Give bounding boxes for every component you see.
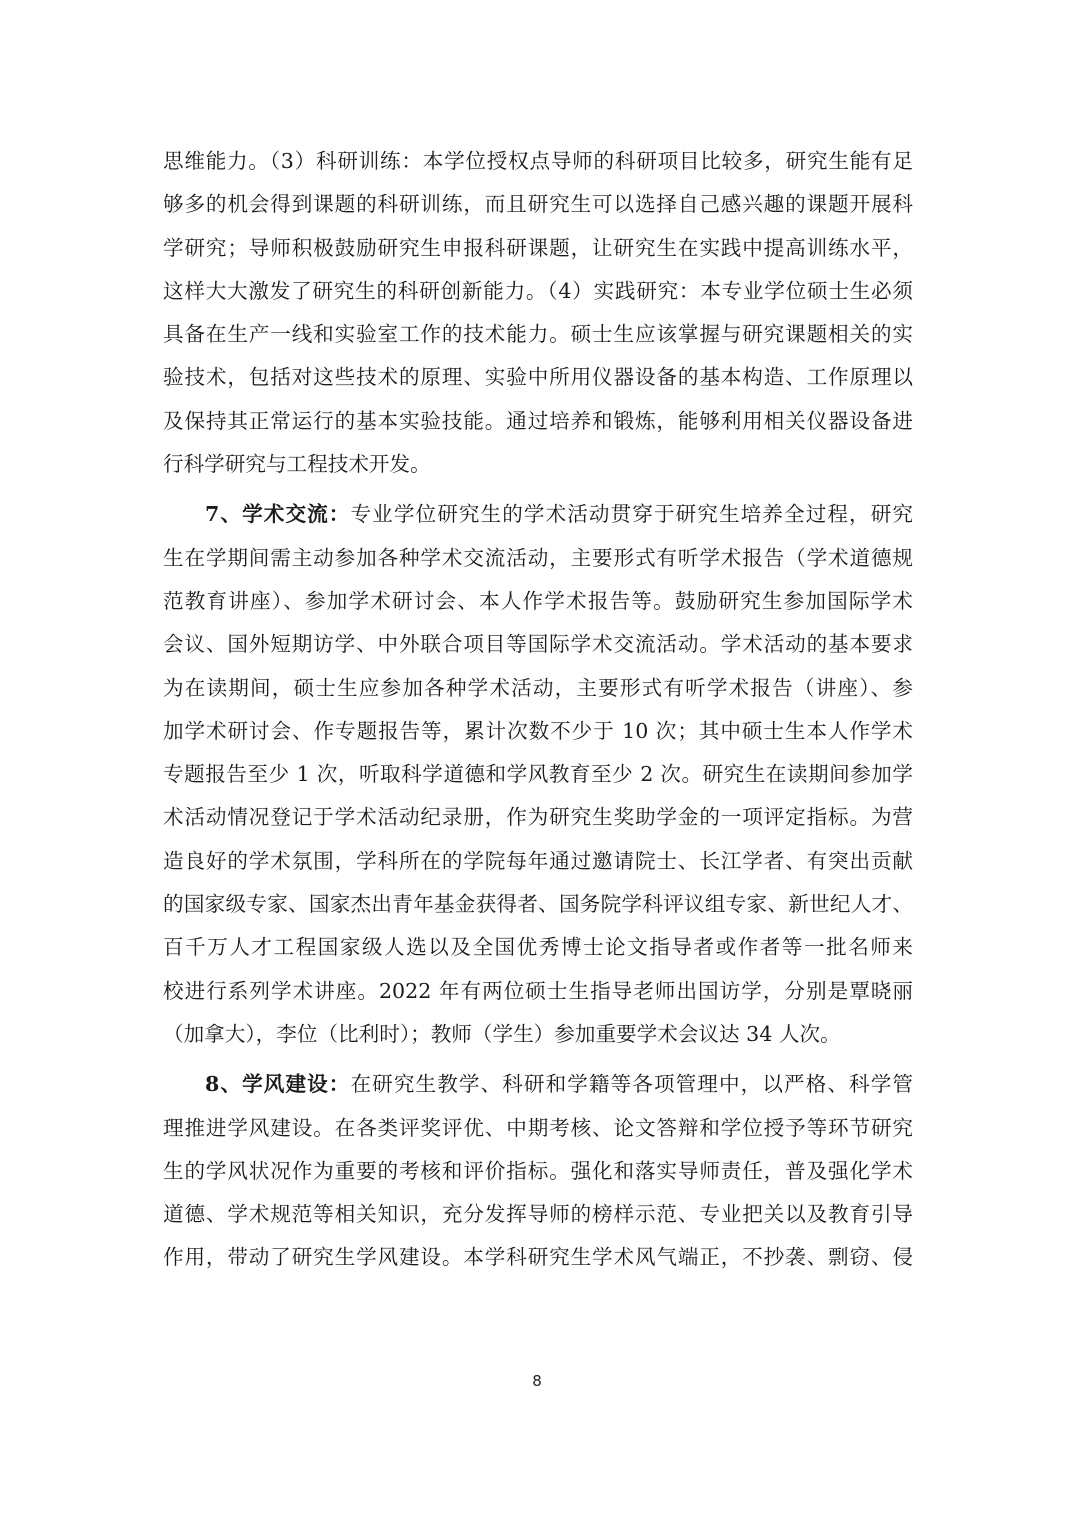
- paragraph-research-training: 思维能力。（3）科研训练：本学位授权点导师的科研项目比较多，研究生能有足 够多的…: [163, 140, 913, 486]
- page-number: 8: [0, 1372, 1074, 1390]
- paragraph-gap: [163, 1056, 913, 1063]
- paragraph-academic-exchange: 7、学术交流：专业学位研究生的学术活动贯穿于研究生培养全过程，研究 生在学期间需…: [163, 493, 913, 1056]
- text-line: 术活动情况登记于学术活动纪录册，作为研究生奖助学金的一项评定指标。为营: [163, 796, 913, 839]
- text-line: 验技术，包括对这些技术的原理、实验中所用仪器设备的基本构造、工作原理以: [163, 356, 913, 399]
- text-line: 生的学风状况作为重要的考核和评价指标。强化和落实导师责任，普及强化学术: [163, 1150, 913, 1193]
- text-line: 够多的机会得到课题的科研训练，而且研究生可以选择自己感兴趣的课题开展科: [163, 183, 913, 226]
- text-line: 具备在生产一线和实验室工作的技术能力。硕士生应该掌握与研究课题相关的实: [163, 313, 913, 356]
- section-heading-study-style: 8、学风建设：: [205, 1072, 350, 1096]
- text-run: 在研究生教学、科研和学籍等各项管理中，以严格、科学管: [350, 1072, 913, 1096]
- document-page: 思维能力。（3）科研训练：本学位授权点导师的科研项目比较多，研究生能有足 够多的…: [0, 0, 1074, 1520]
- text-line: 生在学期间需主动参加各种学术交流活动，主要形式有听学术报告（学术道德规: [163, 537, 913, 580]
- paragraph-study-style: 8、学风建设：在研究生教学、科研和学籍等各项管理中，以严格、科学管 理推进学风建…: [163, 1063, 913, 1279]
- text-line: 为在读期间，硕士生应参加各种学术活动，主要形式有听学术报告（讲座）、参: [163, 667, 913, 710]
- text-line: 学研究；导师积极鼓励研究生申报科研课题，让研究生在实践中提高训练水平，: [163, 227, 913, 270]
- text-line: 7、学术交流：专业学位研究生的学术活动贯穿于研究生培养全过程，研究: [163, 493, 913, 536]
- text-line: 百千万人才工程国家级人选以及全国优秀博士论文指导者或作者等一批名师来: [163, 926, 913, 969]
- text-line: 8、学风建设：在研究生教学、科研和学籍等各项管理中，以严格、科学管: [163, 1063, 913, 1106]
- text-line: （加拿大），李位（比利时）；教师（学生）参加重要学术会议达 34 人次。: [163, 1013, 913, 1056]
- text-run: 专业学位研究生的学术活动贯穿于研究生培养全过程，研究: [350, 502, 913, 526]
- document-body: 思维能力。（3）科研训练：本学位授权点导师的科研项目比较多，研究生能有足 够多的…: [163, 140, 913, 1280]
- text-line: 范教育讲座）、参加学术研讨会、本人作学术报告等。鼓励研究生参加国际学术: [163, 580, 913, 623]
- text-line: 行科学研究与工程技术开发。: [163, 443, 913, 486]
- text-line: 会议、国外短期访学、中外联合项目等国际学术交流活动。学术活动的基本要求: [163, 623, 913, 666]
- text-line: 思维能力。（3）科研训练：本学位授权点导师的科研项目比较多，研究生能有足: [163, 140, 913, 183]
- text-line: 理推进学风建设。在各类评奖评优、中期考核、论文答辩和学位授予等环节研究: [163, 1107, 913, 1150]
- text-line: 及保持其正常运行的基本实验技能。通过培养和锻炼，能够利用相关仪器设备进: [163, 400, 913, 443]
- text-line: 加学术研讨会、作专题报告等，累计次数不少于 10 次；其中硕士生本人作学术: [163, 710, 913, 753]
- section-heading-academic-exchange: 7、学术交流：: [205, 502, 350, 526]
- text-line: 作用，带动了研究生学风建设。本学科研究生学术风气端正，不抄袭、剽窃、侵: [163, 1236, 913, 1279]
- text-line: 道德、学术规范等相关知识，充分发挥导师的榜样示范、专业把关以及教育引导: [163, 1193, 913, 1236]
- paragraph-gap: [163, 486, 913, 493]
- text-line: 的国家级专家、国家杰出青年基金获得者、国务院学科评议组专家、新世纪人才、: [163, 883, 913, 926]
- text-line: 专题报告至少 1 次，听取科学道德和学风教育至少 2 次。研究生在读期间参加学: [163, 753, 913, 796]
- text-line: 造良好的学术氛围，学科所在的学院每年通过邀请院士、长江学者、有突出贡献: [163, 840, 913, 883]
- text-line: 校进行系列学术讲座。2022 年有两位硕士生指导老师出国访学，分别是覃晓丽: [163, 970, 913, 1013]
- text-line: 这样大大激发了研究生的科研创新能力。（4）实践研究：本专业学位硕士生必须: [163, 270, 913, 313]
